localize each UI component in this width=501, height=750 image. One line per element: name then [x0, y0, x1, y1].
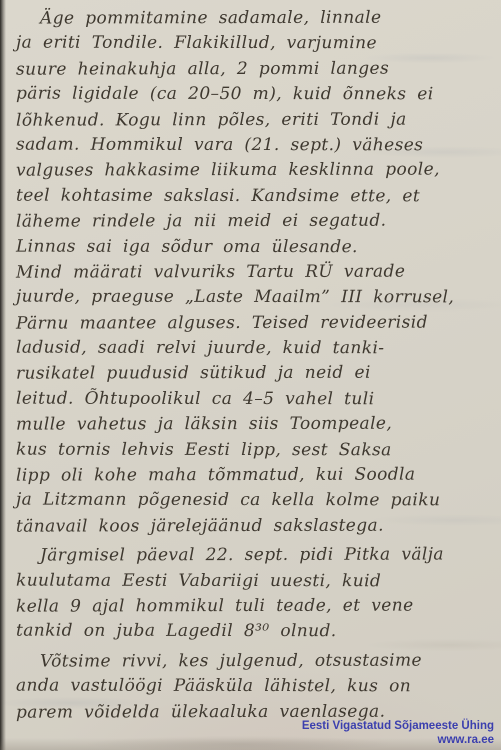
paragraph: Äge pommitamine sadamale, linnaleja erit… [16, 6, 491, 539]
handwritten-line: tänavail koos järelejäänud sakslastega. [16, 513, 491, 540]
handwritten-line: kus tornis lehvis Eesti lipp, sest Saksa [16, 437, 491, 463]
handwritten-line: sadam. Hommikul vara (21. sept.) väheses [16, 133, 491, 159]
scan-edge-shadow [0, 0, 6, 750]
handwritten-line: läheme rindele ja nii meid ei segatud. [16, 209, 491, 236]
handwritten-line: Mind määrati valvuriks Tartu RÜ varade [16, 259, 491, 286]
handwritten-line: leitud. Õhtupoolikul ca 4–5 vahel tuli [16, 386, 491, 412]
handwritten-line: anda vastulöögi Pääsküla lähistel, kus o… [16, 674, 491, 700]
handwritten-line: Järgmisel päeval 22. sept. pidi Pitka vä… [16, 543, 491, 570]
handwritten-line: tankid on juba Lagedil 8³⁰ olnud. [16, 619, 491, 645]
archive-watermark: Eesti Vigastatud Sõjameeste Ühing www.ra… [302, 719, 494, 747]
handwritten-line: kuulutama Eesti Vabariigi uuesti, kuid [16, 568, 491, 594]
watermark-organization: Eesti Vigastatud Sõjameeste Ühing [302, 719, 494, 733]
handwritten-line: lõhkenud. Kogu linn põles, eriti Tondi j… [16, 107, 491, 134]
handwritten-line: Pärnu maantee alguses. Teised revideeris… [16, 310, 491, 337]
handwritten-line: suure heinakuhja alla, 2 pommi langes [16, 56, 491, 83]
handwritten-line: kella 9 ajal hommikul tuli teade, et ven… [16, 593, 491, 620]
paragraph: Võtsime rivvi, kes julgenud, otsustasime… [16, 649, 491, 725]
handwritten-line: teel kohtasime sakslasi. Kandsime ette, … [16, 183, 491, 209]
handwritten-line: Äge pommitamine sadamale, linnale [16, 5, 491, 32]
handwritten-line: rusikatel puudusid sütikud ja neid ei [16, 361, 491, 388]
handwritten-line: valguses hakkasime liikuma kesklinna poo… [16, 158, 491, 185]
watermark-url: www.ra.ee [302, 733, 494, 747]
scanned-document-page: Äge pommitamine sadamale, linnaleja erit… [0, 0, 501, 750]
handwritten-line: Võtsime rivvi, kes julgenud, otsustasime [16, 648, 491, 675]
handwritten-line: mulle vahetus ja läksin siis Toompeale, [16, 412, 491, 439]
paragraph: Järgmisel päeval 22. sept. pidi Pitka vä… [16, 543, 491, 645]
handwritten-line: lipp oli kohe maha tõmmatud, kui Soodla [16, 462, 491, 489]
manuscript-text: Äge pommitamine sadamale, linnaleja erit… [16, 6, 491, 725]
handwritten-line: ladusid, saadi relvi juurde, kuid tanki- [16, 336, 491, 362]
handwritten-line: ja eriti Tondile. Flakikillud, varjumine [16, 31, 491, 57]
handwritten-line: ja Litzmann põgenesid ca kella kolme pai… [16, 488, 491, 514]
handwritten-line: Linnas sai iga sõdur oma ülesande. [16, 234, 491, 260]
handwritten-line: päris ligidale (ca 20–50 m), kuid õnneks… [16, 82, 491, 108]
handwritten-line: juurde, praeguse „Laste Maailm” III korr… [16, 285, 491, 311]
